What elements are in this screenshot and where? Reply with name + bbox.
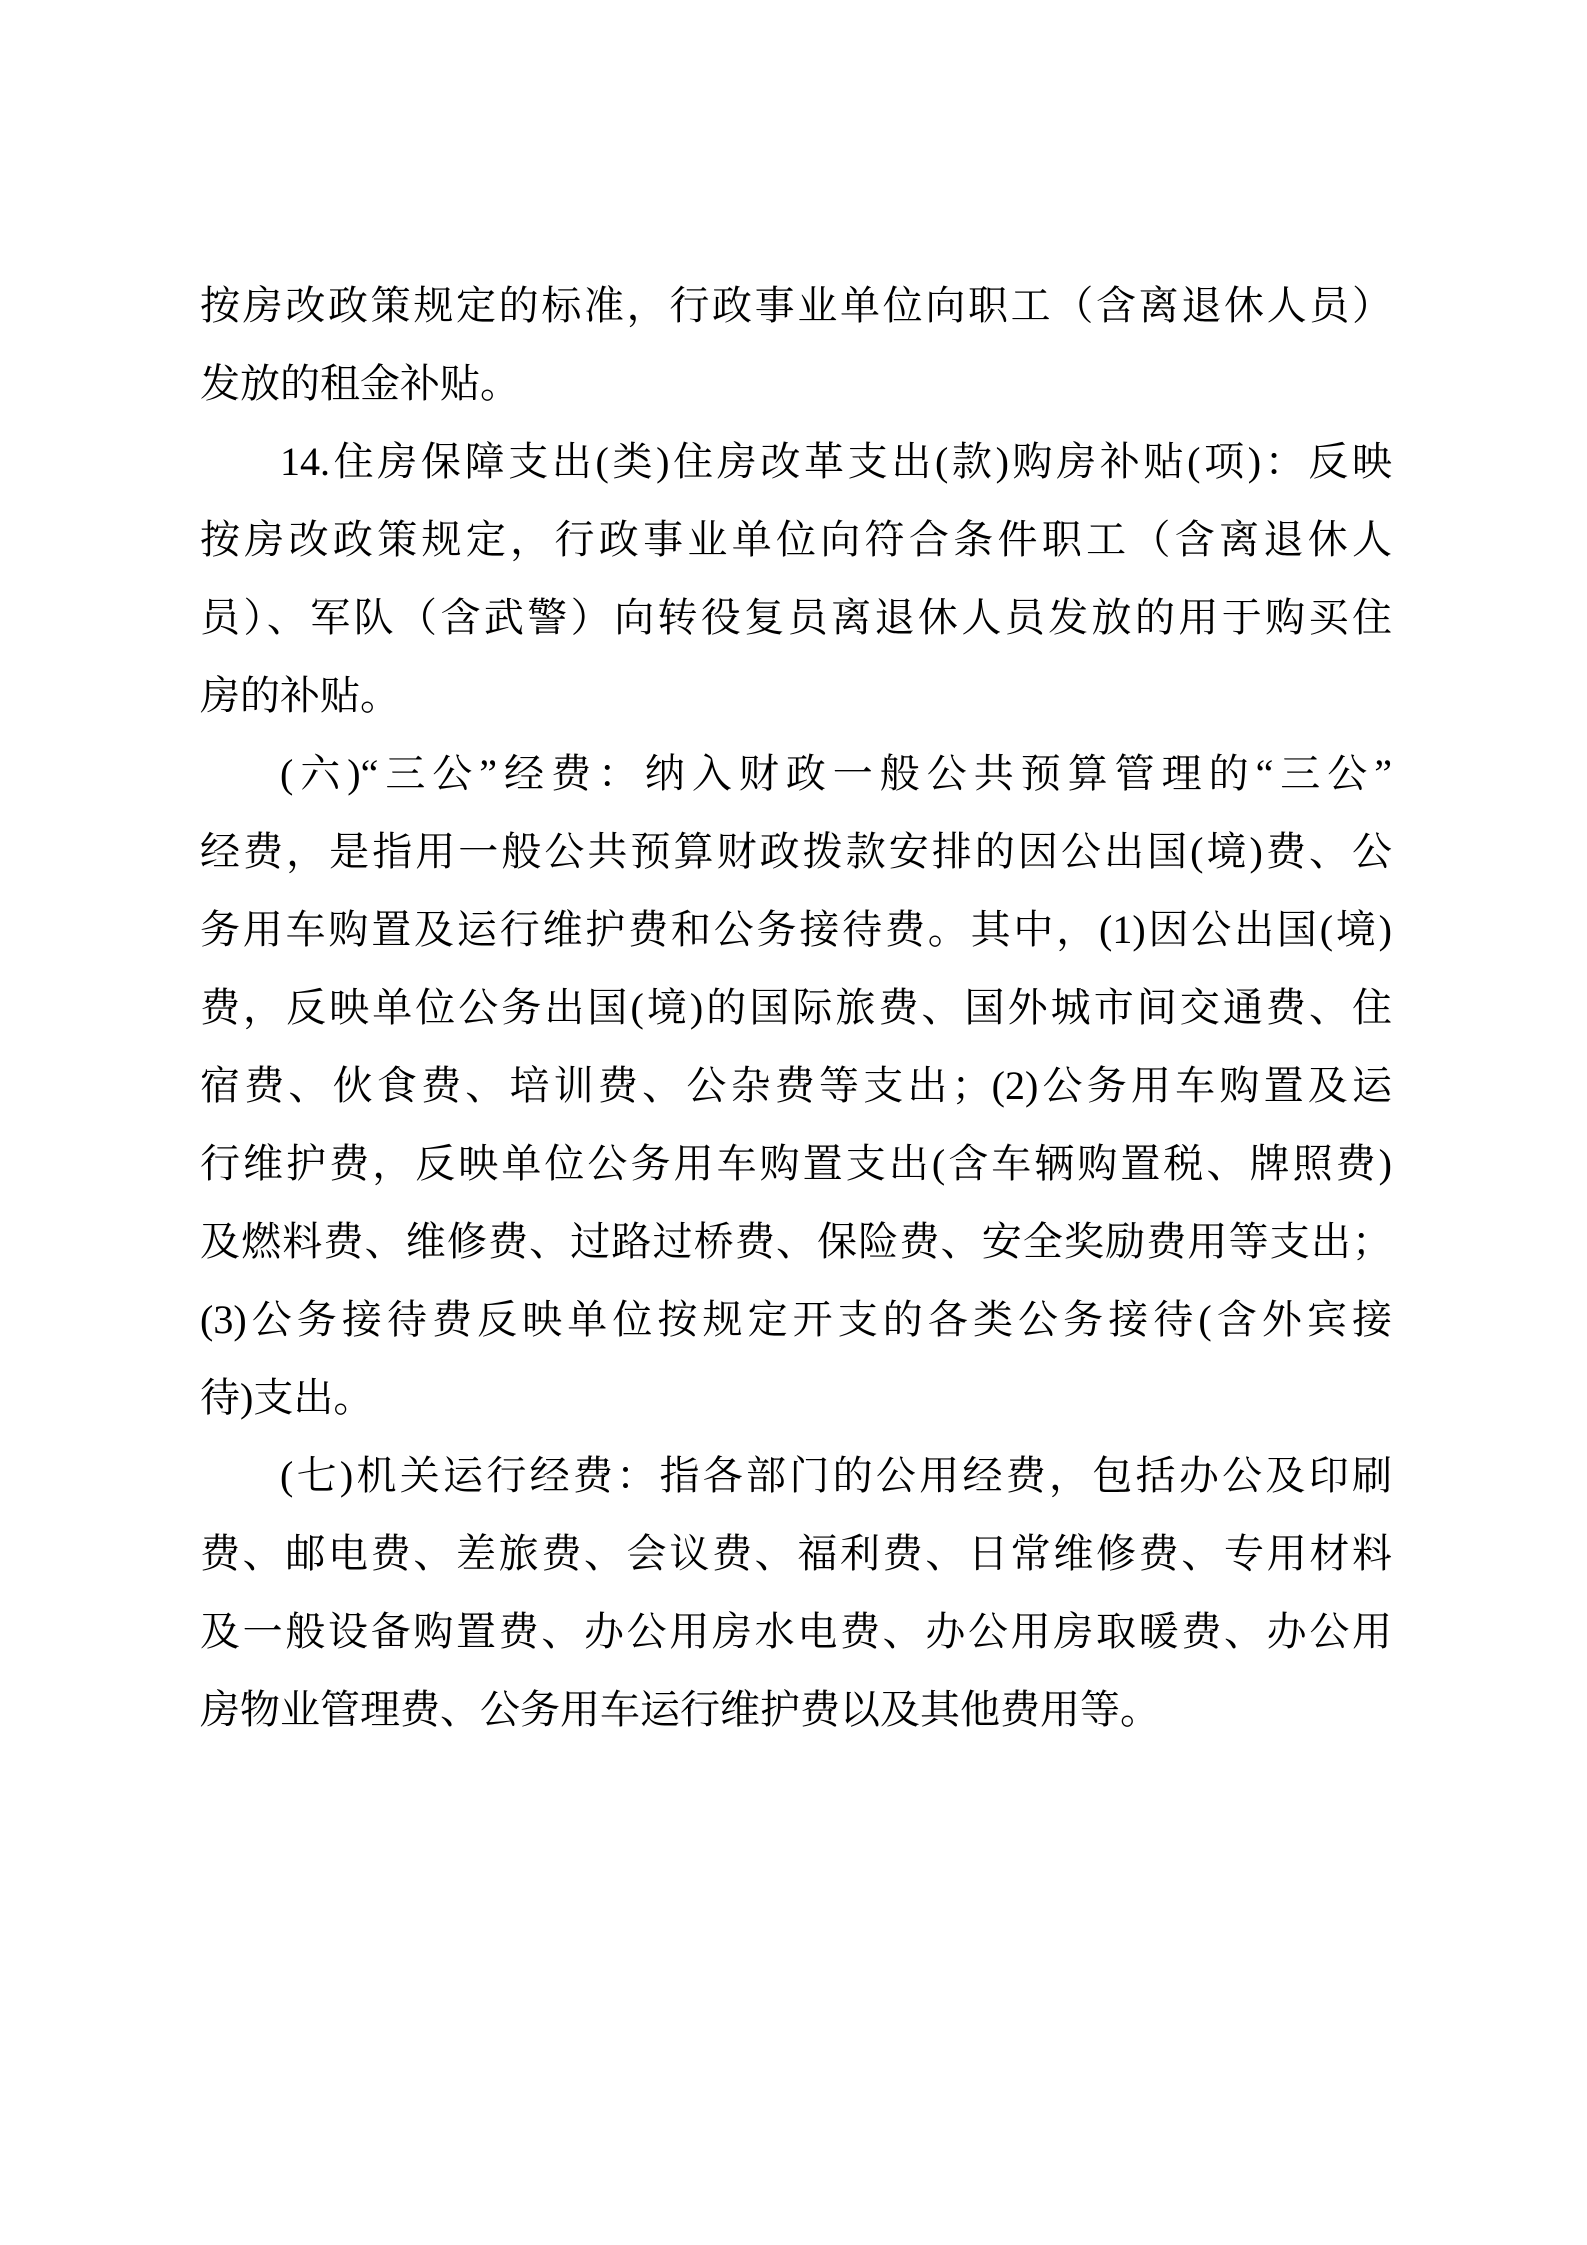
text-line: 务用车购置及运行维护费和公务接待费。其中，(1)因公出国(境): [200, 891, 1392, 969]
text-line: 待)支出。: [200, 1359, 1392, 1437]
text-line: 房的补贴。: [200, 657, 1392, 735]
document-text-block: 按房改政策规定的标准，行政事业单位向职工（含离退休人员） 发放的租金补贴。 14…: [200, 267, 1392, 1749]
text-line: 费、邮电费、差旅费、会议费、福利费、日常维修费、专用材料: [200, 1515, 1392, 1593]
document-page: 按房改政策规定的标准，行政事业单位向职工（含离退休人员） 发放的租金补贴。 14…: [0, 0, 1587, 2245]
text-line: 房物业管理费、公务用车运行维护费以及其他费用等。: [200, 1671, 1392, 1749]
text-line: 及燃料费、维修费、过路过桥费、保险费、安全奖励费用等支出；: [200, 1203, 1392, 1281]
text-line: 宿费、伙食费、培训费、公杂费等支出；(2)公务用车购置及运: [200, 1047, 1392, 1125]
text-line: 员）、军队（含武警）向转役复员离退休人员发放的用于购买住: [200, 579, 1392, 657]
text-line: 按房改政策规定，行政事业单位向符合条件职工（含离退休人: [200, 501, 1392, 579]
text-line: 14.住房保障支出(类)住房改革支出(款)购房补贴(项)：反映: [200, 423, 1392, 501]
text-line: 及一般设备购置费、办公用房水电费、办公用房取暖费、办公用: [200, 1593, 1392, 1671]
text-line: 行维护费，反映单位公务用车购置支出(含车辆购置税、牌照费): [200, 1125, 1392, 1203]
text-line: 费，反映单位公务出国(境)的国际旅费、国外城市间交通费、住: [200, 969, 1392, 1047]
text-line: (六)“三公”经费：纳入财政一般公共预算管理的“三公”: [200, 735, 1392, 813]
text-line: 发放的租金补贴。: [200, 345, 1392, 423]
text-line: 按房改政策规定的标准，行政事业单位向职工（含离退休人员）: [200, 267, 1392, 345]
text-line: 经费，是指用一般公共预算财政拨款安排的因公出国(境)费、公: [200, 813, 1392, 891]
text-line: (3)公务接待费反映单位按规定开支的各类公务接待(含外宾接: [200, 1281, 1392, 1359]
text-line: (七)机关运行经费：指各部门的公用经费，包括办公及印刷: [200, 1437, 1392, 1515]
